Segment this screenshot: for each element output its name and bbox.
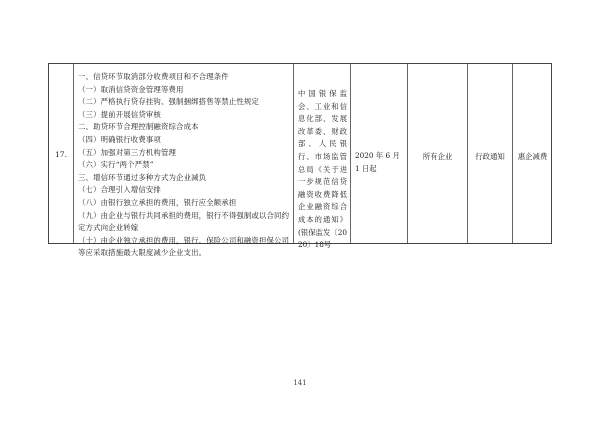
- list-item: （四）明确银行收费事项: [78, 134, 290, 147]
- row-number: 17.: [49, 150, 73, 160]
- list-item: （三）提前开展信贷审核: [78, 109, 290, 122]
- effective-date: 2020 年 6 月 1 日起: [355, 150, 404, 175]
- policy-basis: 中国银保监会、工业和信息化部、发展改革委、财政部、人民银行、市场监管总局《关于进…: [298, 88, 347, 252]
- list-item: （十）由企业独立承担的费用，银行、保险公司和融资担保公司等应采取措施最大限度减少…: [78, 235, 290, 260]
- list-item: （一）取消信贷资金管理等费用: [78, 84, 290, 97]
- list-item: （二）严格执行贷存挂钩、强制捆绑搭售等禁止性规定: [78, 96, 290, 109]
- column-items: 一、信贷环节取消部分收费项目和不合理条件 （一）取消信贷资金管理等费用 （二）严…: [74, 64, 294, 243]
- page-number: 141: [0, 379, 600, 387]
- column-basis: 中国银保监会、工业和信息化部、发展改革委、财政部、人民银行、市场监管总局《关于进…: [294, 64, 351, 243]
- list-item: （五）加强对第三方机构管理: [78, 147, 290, 160]
- policy-table: 17. 一、信贷环节取消部分收费项目和不合理条件 （一）取消信贷资金管理等费用 …: [48, 63, 552, 244]
- column-effective-date: 2020 年 6 月 1 日起: [351, 64, 408, 243]
- list-item: 一、信贷环节取消部分收费项目和不合理条件: [78, 71, 290, 84]
- document-page: 17. 一、信贷环节取消部分收费项目和不合理条件 （一）取消信贷资金管理等费用 …: [0, 0, 600, 424]
- column-document-type: 行政通知: [468, 64, 513, 243]
- list-item: （八）由银行独立承担的费用，银行应全额承担: [78, 197, 290, 210]
- list-item: （九）由企业与银行共同承担的费用，银行不得强制或以合同约定方式向企业转嫁: [78, 210, 290, 235]
- column-number: 17.: [49, 64, 74, 243]
- list-item: （六）实行“两个严禁”: [78, 159, 290, 172]
- document-type: 行政通知: [468, 152, 512, 162]
- category-note: 惠企减费: [513, 152, 552, 162]
- list-item: 三、增信环节通过多种方式为企业减负: [78, 172, 290, 185]
- list-item: 二、助贷环节合理控制融资综合成本: [78, 121, 290, 134]
- column-note: 惠企减费: [513, 64, 552, 243]
- fee-items-list: 一、信贷环节取消部分收费项目和不合理条件 （一）取消信贷资金管理等费用 （二）严…: [78, 71, 290, 260]
- applicable-scope: 所有企业: [408, 152, 467, 162]
- column-scope: 所有企业: [408, 64, 468, 243]
- list-item: （七）合理引入增信安排: [78, 184, 290, 197]
